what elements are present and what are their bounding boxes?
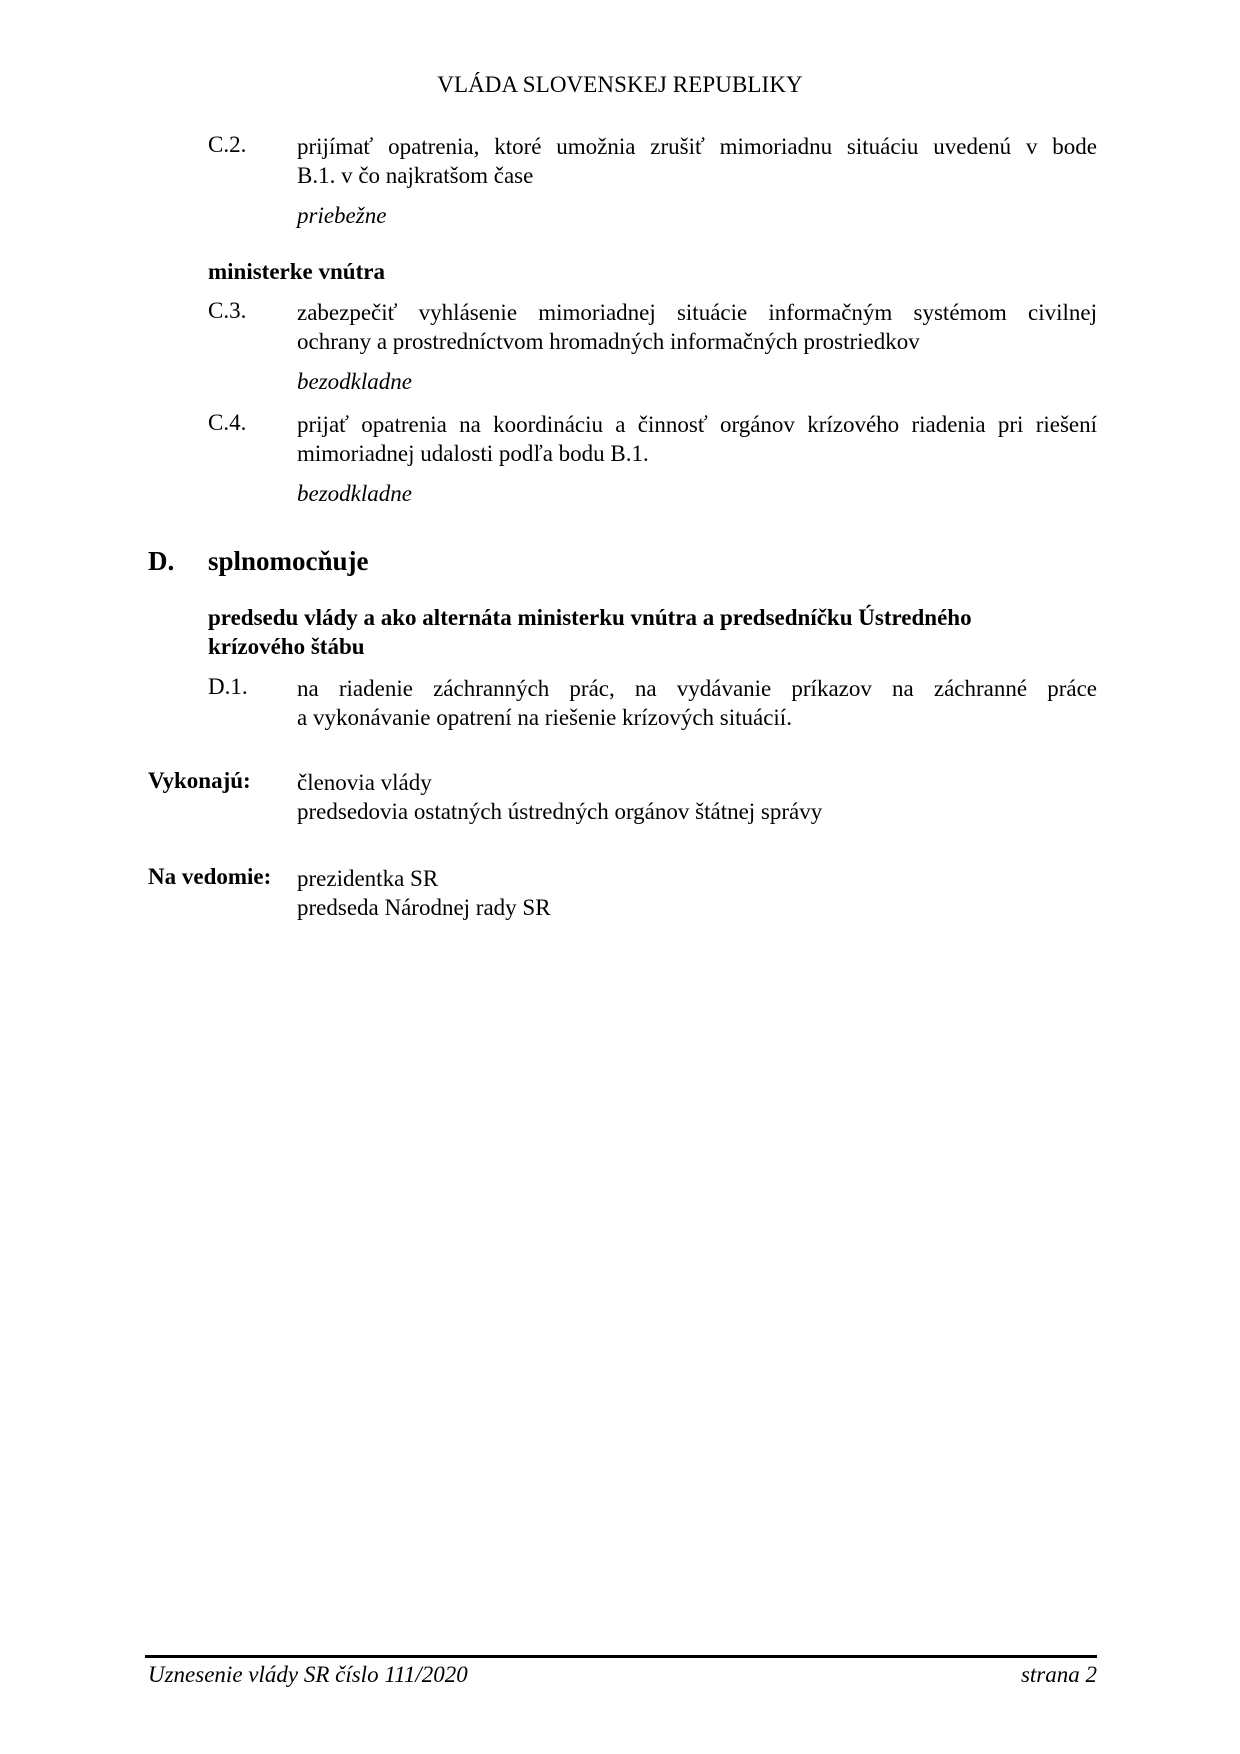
item-text-line: mimoriadnej udalosti podľa bodu B.1. <box>297 439 1097 468</box>
vykonaju-label: Vykonajú: <box>148 768 251 794</box>
section-addressee-line: predsedu vlády a ako alternáta ministerk… <box>208 605 972 631</box>
section-letter: D. <box>148 546 174 577</box>
section-title: splnomocňuje <box>208 546 369 577</box>
item-text-line: ochrany a prostredníctvom hromadných inf… <box>297 327 1097 356</box>
na-vedomie-entry: prezidentka SR <box>297 864 438 893</box>
item-text-line: B.1. v čo najkratšom čase <box>297 161 1097 190</box>
footer-rule <box>145 1655 1097 1658</box>
item-deadline: bezodkladne <box>297 481 412 507</box>
na-vedomie-entry: predseda Národnej rady SR <box>297 893 551 922</box>
item-text-line: zabezpečiť vyhlásenie mimoriadnej situác… <box>297 298 1097 327</box>
footer-page-number: strana 2 <box>1021 1662 1097 1688</box>
item-number: D.1. <box>208 674 248 700</box>
footer-resolution-number: Uznesenie vlády SR číslo 111/2020 <box>148 1662 468 1688</box>
item-number: C.3. <box>208 298 246 324</box>
item-text-line: prijímať opatrenia, ktoré umožnia zrušiť… <box>297 132 1097 161</box>
addressee-heading: ministerke vnútra <box>208 259 385 285</box>
vykonaju-entry: predsedovia ostatných ústredných orgánov… <box>297 797 822 826</box>
item-text-line: prijať opatrenia na koordináciu a činnos… <box>297 410 1097 439</box>
item-number: C.2. <box>208 132 246 158</box>
na-vedomie-label: Na vedomie: <box>148 864 271 890</box>
item-text-line: a vykonávanie opatrení na riešenie krízo… <box>297 703 1097 732</box>
item-deadline: priebežne <box>297 203 386 229</box>
item-deadline: bezodkladne <box>297 369 412 395</box>
vykonaju-entry: členovia vlády <box>297 768 432 797</box>
page-header-title: VLÁDA SLOVENSKEJ REPUBLIKY <box>0 72 1240 98</box>
section-addressee-line: krízového štábu <box>208 634 365 660</box>
item-number: C.4. <box>208 410 246 436</box>
item-text-line: na riadenie záchranných prác, na vydávan… <box>297 674 1097 703</box>
